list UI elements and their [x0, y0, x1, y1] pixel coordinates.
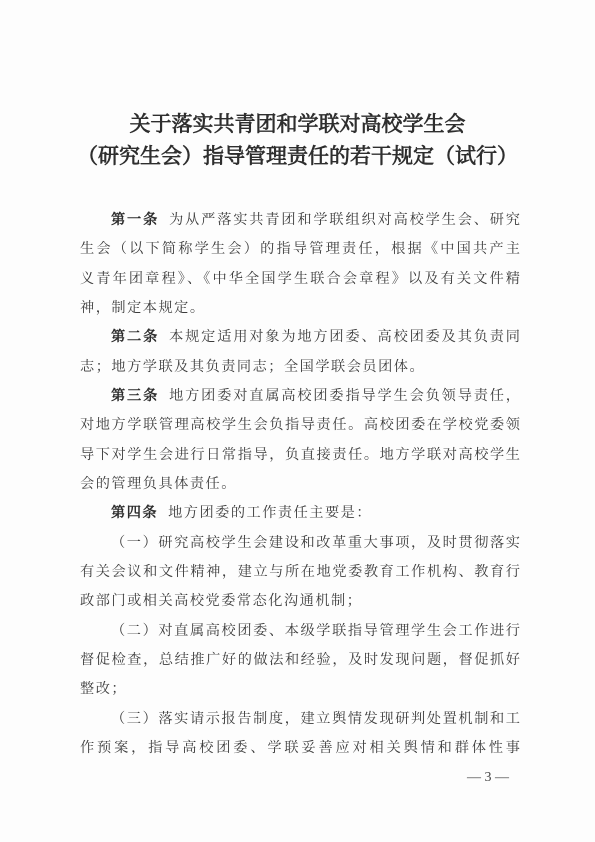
paragraph-line: （二）对直属高校团委、本级学联指导管理学生会工作进行 — [80, 617, 520, 646]
list-item-3: （三）落实请示报告制度，建立舆情发现研判处置机制和工 作预案，指导高校团委、学联… — [80, 705, 520, 764]
article-4: 第四条地方团委的工作责任主要是： — [80, 499, 520, 528]
article-label: 第四条 — [111, 505, 158, 521]
paragraph-text: 本规定适用对象为地方团委、高校团委及其负责同 — [169, 329, 520, 345]
paragraph-line: 第三条地方团委对直属高校团委指导学生会负领导责任， — [80, 382, 520, 411]
title-line-1: 关于落实共青团和学联对高校学生会 — [0, 108, 595, 140]
paragraph-line: （三）落实请示报告制度，建立舆情发现研判处置机制和工 — [80, 705, 520, 734]
article-label: 第二条 — [111, 329, 159, 345]
article-1: 第一条为从严落实共青团和学联组织对高校学生会、研究 生会（以下简称学生会）的指导… — [80, 206, 520, 323]
paragraph-line: 义青年团章程》、《中华全国学生联合会章程》以及有关文件精 — [80, 265, 520, 294]
article-label: 第一条 — [111, 212, 159, 228]
paragraph-line: 督促检查，总结推广好的做法和经验，及时发现问题，督促抓好 — [80, 646, 520, 675]
title-line-2: （研究生会）指导管理责任的若干规定（试行） — [0, 140, 595, 172]
paragraph-line: 有关会议和文件精神，建立与所在地党委教育工作机构、教育行 — [80, 558, 520, 587]
paragraph-text: 地方团委的工作责任主要是： — [168, 505, 372, 521]
article-2: 第二条本规定适用对象为地方团委、高校团委及其负责同 志；地方学联及其负责同志；全… — [80, 323, 520, 382]
paragraph-line: 会的管理负具体责任。 — [80, 470, 520, 499]
paragraph-line: 志；地方学联及其负责同志；全国学联会员团体。 — [80, 353, 520, 382]
article-label: 第三条 — [111, 388, 159, 404]
paragraph-line: 作预案，指导高校团委、学联妥善应对相关舆情和群体性事 — [80, 734, 520, 763]
document-title: 关于落实共青团和学联对高校学生会 （研究生会）指导管理责任的若干规定（试行） — [0, 108, 595, 172]
paragraph-line: 第二条本规定适用对象为地方团委、高校团委及其负责同 — [80, 323, 520, 352]
paragraph-line: 生会（以下简称学生会）的指导管理责任，根据《中国共产主 — [80, 235, 520, 264]
paragraph-text: 地方团委对直属高校团委指导学生会负领导责任， — [169, 388, 520, 404]
list-item-2: （二）对直属高校团委、本级学联指导管理学生会工作进行 督促检查，总结推广好的做法… — [80, 617, 520, 705]
paragraph-line: 整改； — [80, 675, 520, 704]
paragraph-text: 为从严落实共青团和学联组织对高校学生会、研究 — [169, 212, 520, 228]
document-page: 关于落实共青团和学联对高校学生会 （研究生会）指导管理责任的若干规定（试行） 第… — [0, 0, 595, 842]
paragraph-line: 第一条为从严落实共青团和学联组织对高校学生会、研究 — [80, 206, 520, 235]
list-item-1: （一）研究高校学生会建设和改革重大事项，及时贯彻落实 有关会议和文件精神，建立与… — [80, 529, 520, 617]
paragraph-line: 对地方学联管理高校学生会负指导责任。高校团委在学校党委领 — [80, 411, 520, 440]
paragraph-line: 政部门或相关高校党委常态化沟通机制； — [80, 587, 520, 616]
paragraph-line: （一）研究高校学生会建设和改革重大事项，及时贯彻落实 — [80, 529, 520, 558]
document-body: 第一条为从严落实共青团和学联组织对高校学生会、研究 生会（以下简称学生会）的指导… — [80, 206, 520, 763]
page-number: — 3 — — [460, 770, 516, 786]
paragraph-line: 导下对学生会进行日常指导，负直接责任。地方学联对高校学生 — [80, 441, 520, 470]
paragraph-line: 第四条地方团委的工作责任主要是： — [80, 499, 520, 528]
article-3: 第三条地方团委对直属高校团委指导学生会负领导责任， 对地方学联管理高校学生会负指… — [80, 382, 520, 499]
paragraph-line: 神，制定本规定。 — [80, 294, 520, 323]
